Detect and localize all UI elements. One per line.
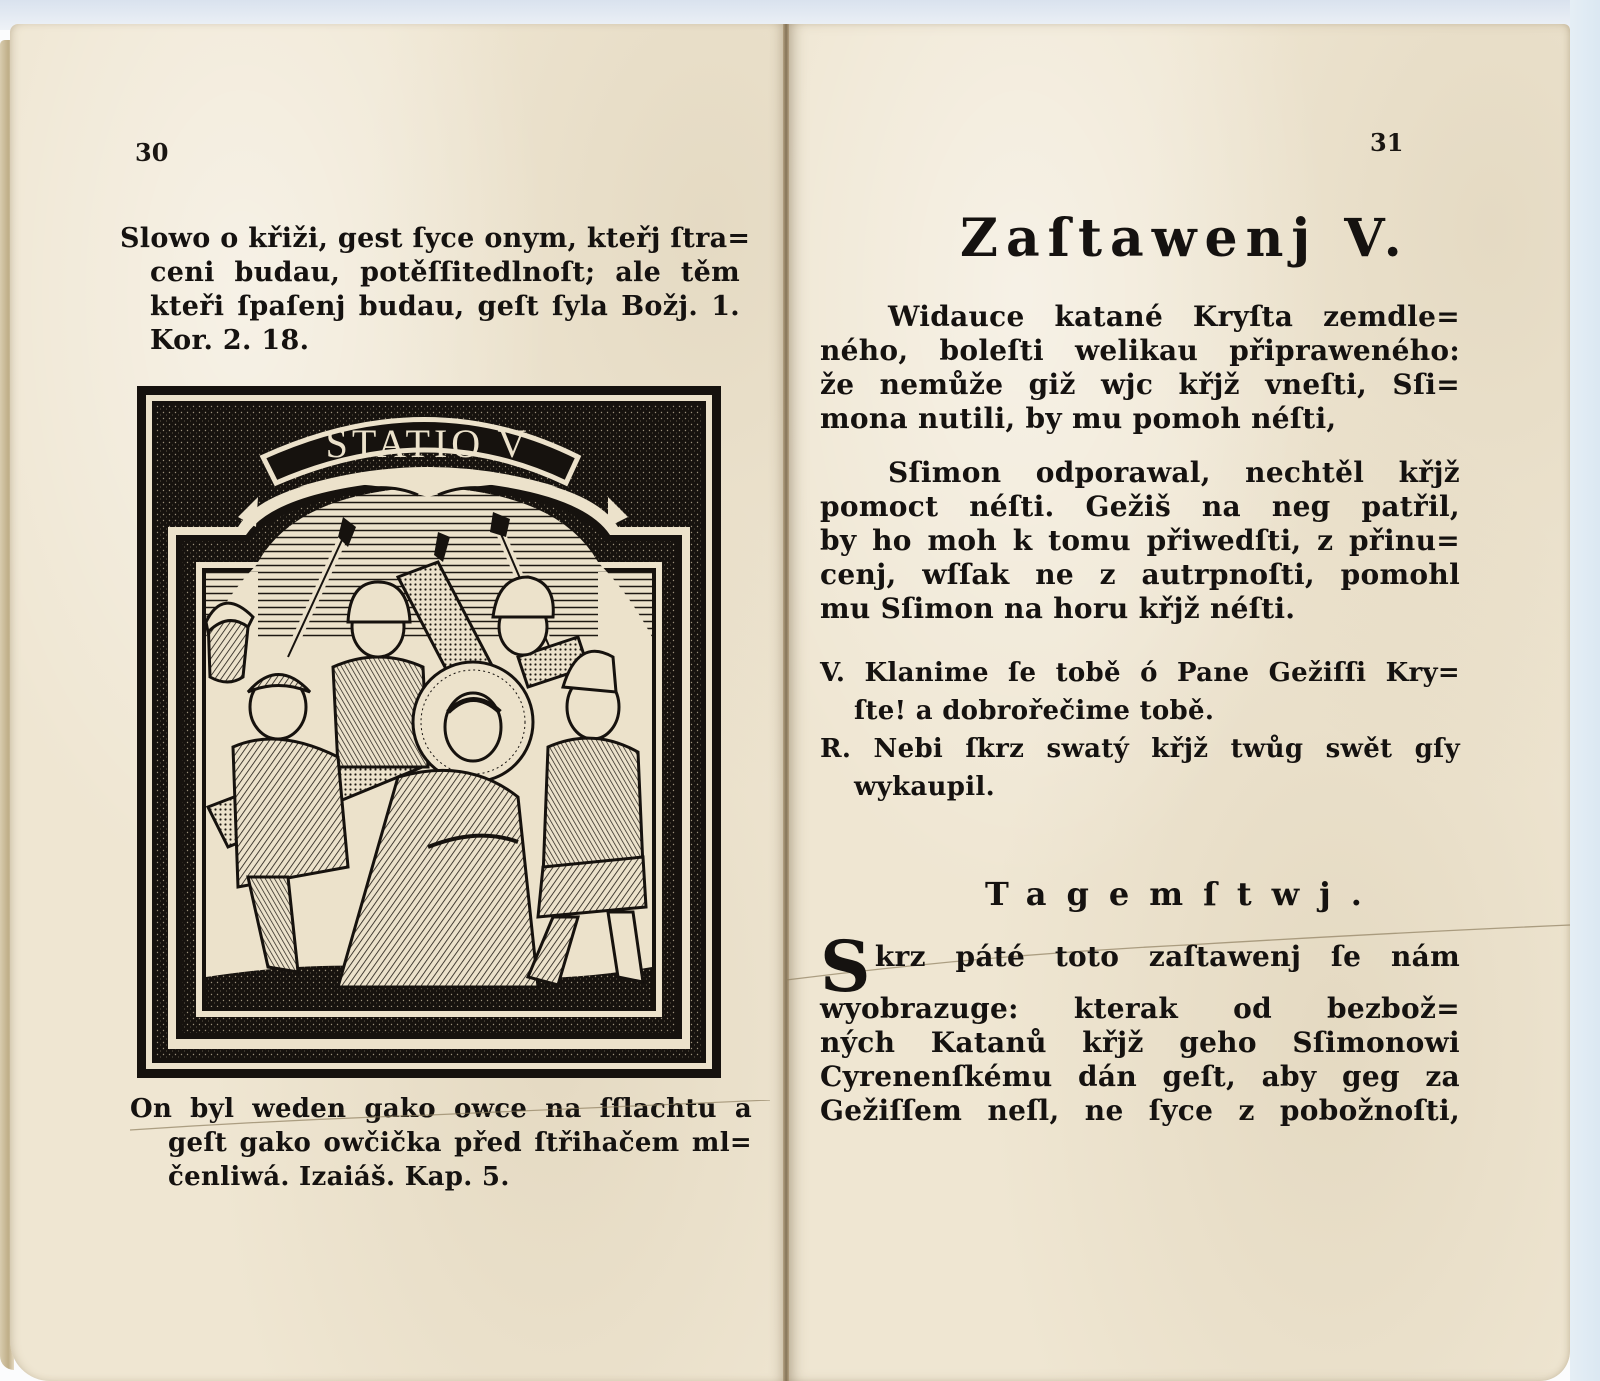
illustration-caption: On byl weden gako owce na ſſlachtu a geſ…	[130, 1092, 752, 1194]
text-line: mona nutili, by mu pomoh néſti,	[820, 402, 1460, 436]
caption-line: geſt gako owčička před ſtřihačem ml=	[130, 1126, 752, 1160]
text-line: wyobrazuge: kterak od bezbož=	[820, 992, 1460, 1026]
text-line: pomoct néſti. Gežiš na neg patřil,	[820, 490, 1460, 524]
response-line: wykaupil.	[820, 768, 1460, 806]
woodcut-illustration: STATIO V	[138, 387, 720, 1077]
text-line: Sſimon odporawal, nechtěl křjž	[820, 456, 1460, 490]
epigraph-line: kteři ſpaſenj budau, geſt ſyla Božj. 1.	[120, 290, 740, 324]
versicle-line: ſte! a dobrořečime tobě.	[820, 692, 1460, 730]
text-line: cenj, wſſak ne z autrpnoſti, pomohl	[820, 558, 1460, 592]
text-line: Cyrenenſkému dán geſt, aby geg za	[820, 1060, 1460, 1094]
drop-cap: S	[820, 942, 871, 992]
text-line: ných Katanů křjž geho Sſimonowi	[820, 1026, 1460, 1060]
versicle-marker: V.	[820, 658, 845, 688]
versicle-response: V. Klanime ſe tobě ó Pane Gežiſſi Kry= ſ…	[820, 654, 1460, 806]
text-line: ného, boleſti welikau připraweného:	[820, 334, 1460, 368]
text-line: by ho moh k tomu přiwedſti, z přinu=	[820, 524, 1460, 558]
station-title: Zaſtawenj V.	[960, 208, 1410, 269]
versicle-text: Klanime ſe tobě ó Pane Gežiſſi Kry=	[865, 658, 1460, 688]
book-spine-gutter	[783, 24, 789, 1381]
banner-text: STATIO V	[326, 421, 531, 466]
text-line: Gežiſſem neſl, ne ſyce z pobožnoſti,	[820, 1094, 1460, 1128]
epigraph-line: Slowo o křiži, gest ſyce onym, kteřj ſtr…	[120, 222, 740, 256]
response-marker: R.	[820, 734, 851, 764]
response-text: Nebi ſkrz swatý křjž twůg swět gſy	[874, 734, 1460, 764]
caption-line: On byl weden gako owce na ſſlachtu a	[130, 1092, 752, 1126]
paragraph-simon: Sſimon odporawal, nechtěl křjž pomoct né…	[820, 456, 1460, 626]
text-line: krz páté toto zaſtawenj ſe nám	[820, 940, 1460, 974]
versicle-line: V. Klanime ſe tobě ó Pane Gežiſſi Kry=	[820, 654, 1460, 692]
text-line: mu Sſimon na horu křjž néſti.	[820, 592, 1460, 626]
paragraph-mystery: S krz páté toto zaſtawenj ſe nám wyobraz…	[820, 940, 1460, 1128]
epigraph-line: Kor. 2. 18.	[120, 324, 740, 358]
page-number-right: 31	[1370, 128, 1403, 157]
epigraph-quote: Slowo o křiži, gest ſyce onym, kteřj ſtr…	[120, 222, 740, 358]
text-line: Widauce katané Kryſta zemdle=	[820, 300, 1460, 334]
mystery-heading: Tagemſtwj.	[985, 875, 1382, 913]
paragraph-station-description: Widauce katané Kryſta zemdle= ného, bole…	[820, 300, 1460, 436]
text-line: že nemůže giž wjc křjž vneſti, Sſi=	[820, 368, 1460, 402]
scanner-background-right	[1570, 0, 1600, 1381]
response-line: R. Nebi ſkrz swatý křjž twůg swět gſy	[820, 730, 1460, 768]
page-number-left: 30	[135, 138, 168, 167]
caption-line: čenliwá. Izaiáš. Kap. 5.	[130, 1160, 752, 1194]
epigraph-line: ceni budau, potěſſitedlnoſt; ale těm	[120, 256, 740, 290]
